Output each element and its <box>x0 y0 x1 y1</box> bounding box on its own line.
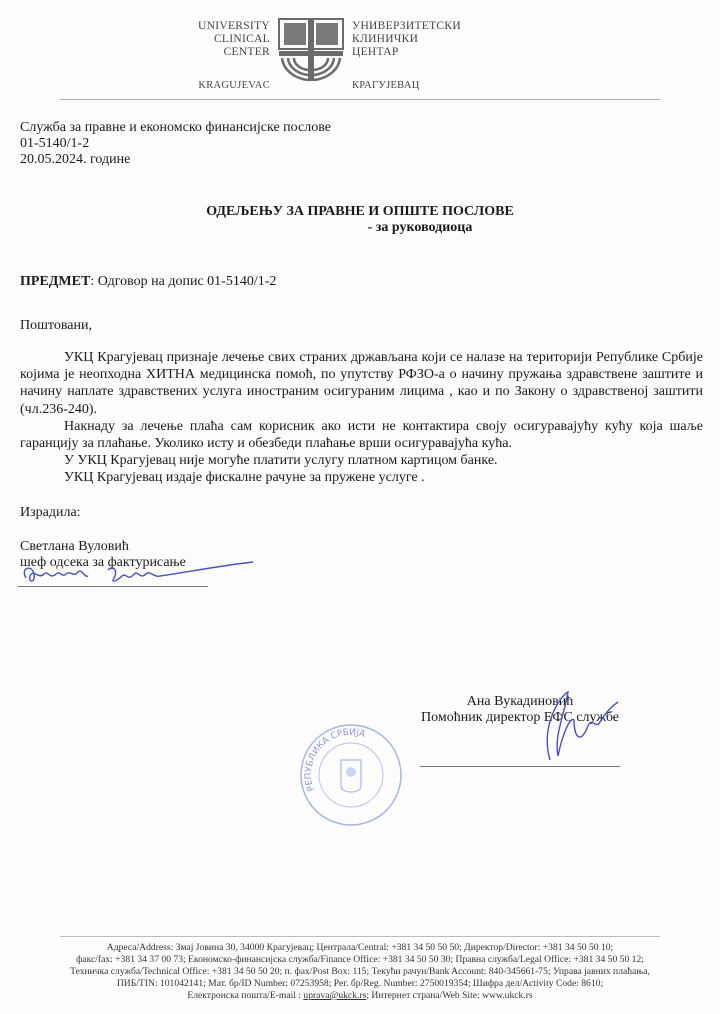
prepared-by-label: Израдила: <box>20 505 81 521</box>
email-label: Електронска пошта/E-mail : <box>187 990 303 1001</box>
sender-block: Служба за правне и економско финансијске… <box>20 120 331 168</box>
official-stamp-icon: РЕПУБЛИКА СРБИЈА <box>296 720 406 830</box>
handwritten-signature-icon <box>500 686 620 766</box>
footer-divider <box>60 936 660 937</box>
letterhead-line: УНИВЕРЗИТЕТСКИ <box>352 20 532 33</box>
footer-line: Електронска пошта/E-mail : uprava@ukck.r… <box>0 990 720 1002</box>
letterhead-line: UNIVERSITY <box>150 20 270 33</box>
body-paragraph: УКЦ Крагујевац издаје фискалне рачуне за… <box>20 469 703 486</box>
footer-line: Техничка служба/Technical Office: +381 3… <box>0 966 720 978</box>
footer-line: ПИБ/TIN: 101042141; Мат. бр/ID Number: 0… <box>0 978 720 990</box>
preparer-name: Светлана Вуловић <box>20 539 186 555</box>
body-paragraph: У УКЦ Крагујевац није могуће платити усл… <box>20 452 703 469</box>
body-paragraph: УКЦ Крагујевац признаје лечење свих стра… <box>20 349 703 418</box>
ukc-logo-icon <box>278 18 344 82</box>
web-label: ; Интернет страна/Web Site: <box>366 990 482 1001</box>
footer-line: факс/fax: +381 34 37 00 73; Економско-фи… <box>0 954 720 966</box>
reference-number: 01-5140/1-2 <box>20 136 331 152</box>
letterhead-divider <box>60 99 660 100</box>
recipient-title: ОДЕЉЕЊУ ЗА ПРАВНЕ И ОПШТЕ ПОСЛОВЕ <box>0 204 720 220</box>
body-paragraph: Накнаду за лечење плаћа сам корисник ако… <box>20 418 703 452</box>
letterhead-city-cyrillic: КРАГУЈЕВАЦ <box>352 80 532 91</box>
letterhead-line: ЦЕНТАР <box>352 46 532 59</box>
recipient-subtitle: - за руководиоца <box>0 220 720 236</box>
letterhead-city-latin: KRAGUJEVAC <box>150 80 270 91</box>
letterhead-english: UNIVERSITY CLINICAL CENTER <box>150 20 270 59</box>
greeting: Поштовани, <box>20 318 92 334</box>
letterhead-line: CLINICAL <box>150 33 270 46</box>
letterhead-line: CENTER <box>150 46 270 59</box>
web-link[interactable]: www.ukck.rs <box>482 990 533 1001</box>
subject-text: : Одговор на допис 01-5140/1-2 <box>90 274 276 289</box>
footer-contact: Адреса/Address: Змај Јовина 30, 34000 Кр… <box>0 942 720 1002</box>
document-date: 20.05.2024. године <box>20 152 331 168</box>
letterhead-serbian: УНИВЕРЗИТЕТСКИ КЛИНИЧКИ ЦЕНТАР <box>352 20 532 59</box>
email-link[interactable]: uprava@ukck.rs <box>303 990 366 1001</box>
letterhead-line: КЛИНИЧКИ <box>352 33 532 46</box>
signature-line <box>420 766 620 767</box>
subject-label: ПРЕДМЕТ <box>20 274 90 289</box>
subject-line: ПРЕДМЕТ: Одговор на допис 01-5140/1-2 <box>20 274 276 290</box>
letter-body: УКЦ Крагујевац признаје лечење свих стра… <box>20 349 703 487</box>
footer-line: Адреса/Address: Змај Јовина 30, 34000 Кр… <box>0 942 720 954</box>
signature-line <box>18 586 208 587</box>
sender-department: Служба за правне и економско финансијске… <box>20 120 331 136</box>
